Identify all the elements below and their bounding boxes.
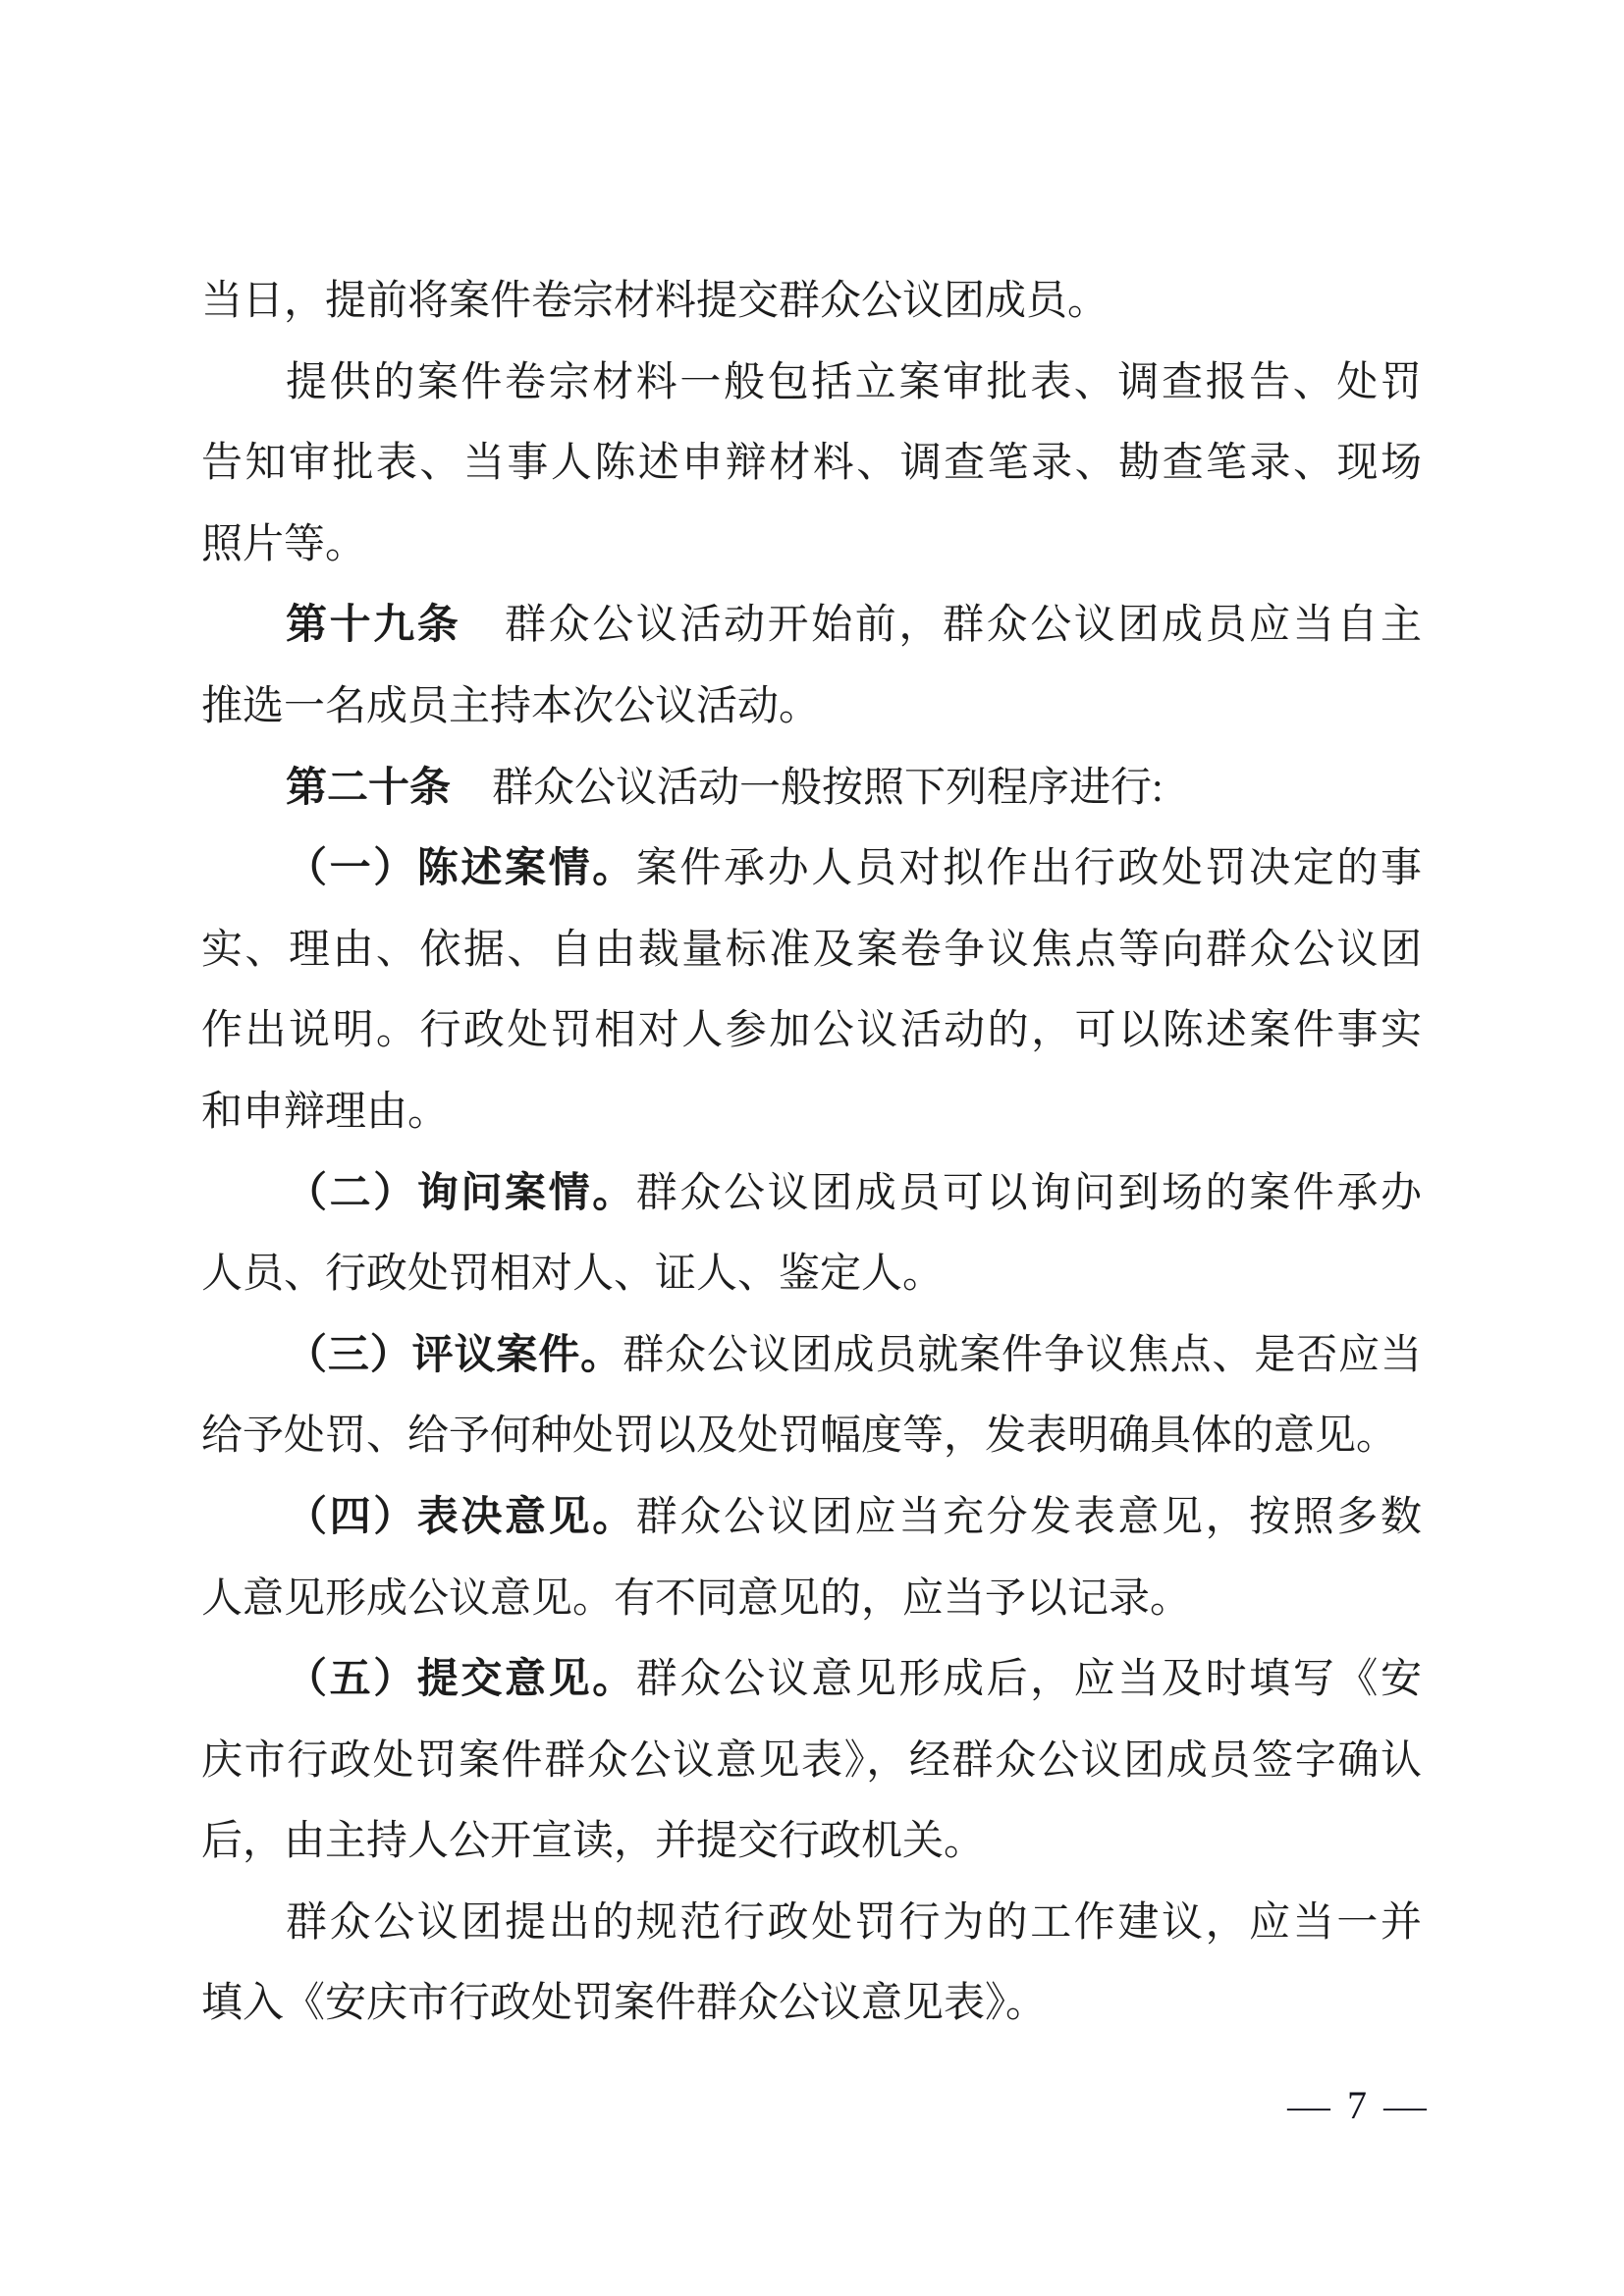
text-line: 人员、行政处罚相对人、证人、鉴定人。 <box>201 1233 1422 1314</box>
text-line: 推选一名成员主持本次公议活动。 <box>201 666 1422 747</box>
text-segment: 给予处罚、给予何种处罚以及处罚幅度等，发表明确具体的意见。 <box>201 1414 1397 1459</box>
bold-segment: （五）提交意见。 <box>286 1655 636 1701</box>
text-line: 人意见形成公议意见。有不同意见的，应当予以记录。 <box>201 1558 1422 1639</box>
text-segment: 群众公议团提出的规范行政处罚行为的工作建议，应当一并 <box>286 1900 1422 1946</box>
text-line: 告知审批表、当事人陈述申辩材料、调查笔录、勘查笔录、现场 <box>201 422 1422 504</box>
text-segment: 后，由主持人公开宣读，并提交行政机关。 <box>201 1819 985 1864</box>
bold-segment: （三）评议案件。 <box>286 1331 623 1377</box>
document-body: 当日，提前将案件卷宗材料提交群众公议团成员。提供的案件卷宗材料一般包括立案审批表… <box>201 260 1422 2044</box>
text-line: 照片等。 <box>201 504 1422 585</box>
text-line: （一）陈述案情。案件承办人员对拟作出行政处罚决定的事 <box>201 828 1422 909</box>
bold-segment: （一）陈述案情。 <box>286 844 636 890</box>
text-segment: 推选一名成员主持本次公议活动。 <box>201 684 820 729</box>
document-page: 当日，提前将案件卷宗材料提交群众公议团成员。提供的案件卷宗材料一般包括立案审批表… <box>0 0 1624 2296</box>
text-segment: 人意见形成公议意见。有不同意见的，应当予以记录。 <box>201 1576 1191 1622</box>
text-line: 第十九条 群众公议活动开始前，群众公议团成员应当自主 <box>201 584 1422 666</box>
text-line: （四）表决意见。群众公议团应当充分发表意见，按照多数 <box>201 1476 1422 1558</box>
page-number-dash-right: — <box>1383 2077 1427 2136</box>
text-line: 当日，提前将案件卷宗材料提交群众公议团成员。 <box>201 260 1422 342</box>
text-segment: 群众公议团成员就案件争议焦点、是否应当 <box>623 1333 1422 1378</box>
text-line: 后，由主持人公开宣读，并提交行政机关。 <box>201 1800 1422 1882</box>
text-line: 填入《安庆市行政处罚案件群众公议意见表》。 <box>201 1962 1422 2044</box>
text-line: 第二十条 群众公议活动一般按照下列程序进行: <box>201 747 1422 828</box>
text-segment: 群众公议团应当充分发表意见，按照多数 <box>636 1495 1422 1540</box>
text-segment: 实、理由、依据、自由裁量标准及案卷争议焦点等向群众公议团 <box>201 928 1422 973</box>
text-line: （二）询问案情。群众公议团成员可以询问到场的案件承办 <box>201 1152 1422 1234</box>
text-segment: 照片等。 <box>201 522 366 567</box>
bold-segment: 第二十条 <box>286 764 451 810</box>
text-segment: 群众公议活动一般按照下列程序进行: <box>451 766 1164 811</box>
text-segment: 告知审批表、当事人陈述申辩材料、调查笔录、勘查笔录、现场 <box>201 441 1422 486</box>
text-segment: 群众公议意见形成后，应当及时填写《安 <box>636 1657 1422 1702</box>
text-segment: 群众公议团成员可以询问到场的案件承办 <box>636 1171 1422 1216</box>
text-line: （三）评议案件。群众公议团成员就案件争议焦点、是否应当 <box>201 1314 1422 1396</box>
text-line: 庆市行政处罚案件群众公议意见表》，经群众公议团成员签字确认 <box>201 1720 1422 1801</box>
page-footer: —7— <box>1290 2076 1424 2135</box>
text-segment: 作出说明。行政处罚相对人参加公议活动的，可以陈述案件事实 <box>201 1008 1422 1053</box>
text-line: 实、理由、依据、自由裁量标准及案卷争议焦点等向群众公议团 <box>201 909 1422 990</box>
text-line: 和申辩理由。 <box>201 1071 1422 1152</box>
text-line: 群众公议团提出的规范行政处罚行为的工作建议，应当一并 <box>201 1882 1422 1963</box>
page-number: 7 <box>1347 2076 1367 2135</box>
text-line: 提供的案件卷宗材料一般包括立案审批表、调查报告、处罚 <box>201 342 1422 423</box>
text-segment: 群众公议活动开始前，群众公议团成员应当自主 <box>460 603 1422 648</box>
text-line: （五）提交意见。群众公议意见形成后，应当及时填写《安 <box>201 1638 1422 1720</box>
text-segment: 和申辩理由。 <box>201 1090 449 1135</box>
text-line: 作出说明。行政处罚相对人参加公议活动的，可以陈述案件事实 <box>201 989 1422 1071</box>
page-number-dash-left: — <box>1287 2077 1330 2136</box>
bold-segment: （四）表决意见。 <box>286 1493 636 1539</box>
text-segment: 填入《安庆市行政处罚案件群众公议意见表》。 <box>201 1981 1047 2026</box>
text-line: 给予处罚、给予何种处罚以及处罚幅度等，发表明确具体的意见。 <box>201 1395 1422 1476</box>
text-segment: 案件承办人员对拟作出行政处罚决定的事 <box>636 846 1422 891</box>
text-segment: 当日，提前将案件卷宗材料提交群众公议团成员。 <box>201 279 1109 324</box>
bold-segment: 第十九条 <box>286 601 460 647</box>
text-segment: 庆市行政处罚案件群众公议意见表》，经群众公议团成员签字确认 <box>201 1738 1422 1784</box>
text-segment: 提供的案件卷宗材料一般包括立案审批表、调查报告、处罚 <box>286 360 1422 405</box>
bold-segment: （二）询问案情。 <box>286 1169 636 1215</box>
text-segment: 人员、行政处罚相对人、证人、鉴定人。 <box>201 1252 944 1297</box>
